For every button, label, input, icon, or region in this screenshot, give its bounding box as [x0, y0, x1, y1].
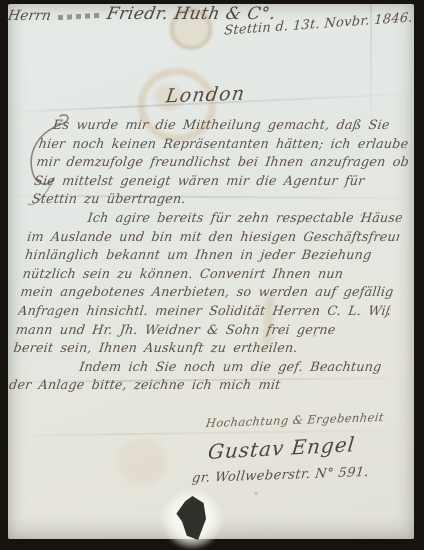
letter-body: Es wurde mir die Mittheilung gemacht, da… — [8, 117, 414, 396]
body-line: mir demzufolge freundlichst bei Ihnen an… — [35, 154, 409, 173]
recipient-city: London — [164, 83, 246, 108]
letter-paper: Stettin d. 13t. Novbr. 1846. Herrn Fried… — [8, 4, 414, 539]
scanned-letter: Stettin d. 13t. Novbr. 1846. Herrn Fried… — [0, 0, 424, 550]
recipient-name: Friedr. Huth & C°. — [105, 4, 277, 24]
body-line: Sie mittelst geneigt wären mir die Agent… — [33, 173, 407, 192]
signature: Gustav Engel — [207, 432, 357, 464]
body-line: Anfragen hinsichtl. meiner Solidität Her… — [17, 303, 391, 322]
body-line: hier noch keinen Repräsentanten hätten; … — [37, 136, 411, 155]
embossed-seal — [116, 438, 168, 486]
body-line: nützlich sein zu können. Convenirt Ihnen… — [21, 266, 395, 285]
body-line: mann und Hr. Jh. Weidner & Sohn frei ger… — [15, 322, 389, 341]
body-line: Es wurde mir die Mittheilung gemacht, da… — [40, 117, 414, 136]
recipient-salutation: Herrn — [7, 8, 53, 24]
body-line: Ich agire bereits für zehn respectable H… — [28, 210, 402, 229]
body-line: hinlänglich bekannt um Ihnen in jeder Be… — [24, 247, 398, 266]
signature-address: gr. Wollweberstr. N° 591. — [191, 465, 370, 486]
pen-flourish-dash — [58, 13, 100, 20]
body-line: mein angebotenes Anerbieten, so werden a… — [19, 284, 393, 303]
body-line: bereit sein, Ihnen Auskunft zu ertheilen… — [12, 340, 386, 359]
body-line: der Anlage bitte, zeichne ich mich mit — [8, 377, 382, 396]
paper-speck — [254, 492, 258, 495]
fold-crease — [2, 429, 422, 437]
body-line: Stettin zu übertragen. — [31, 191, 405, 210]
body-line: im Auslande und bin mit den hiesigen Ges… — [26, 229, 400, 248]
body-line: Indem ich Sie noch um die gef. Beachtung — [10, 359, 384, 378]
closing-formula: Hochachtung & Ergebenheit — [205, 410, 385, 430]
